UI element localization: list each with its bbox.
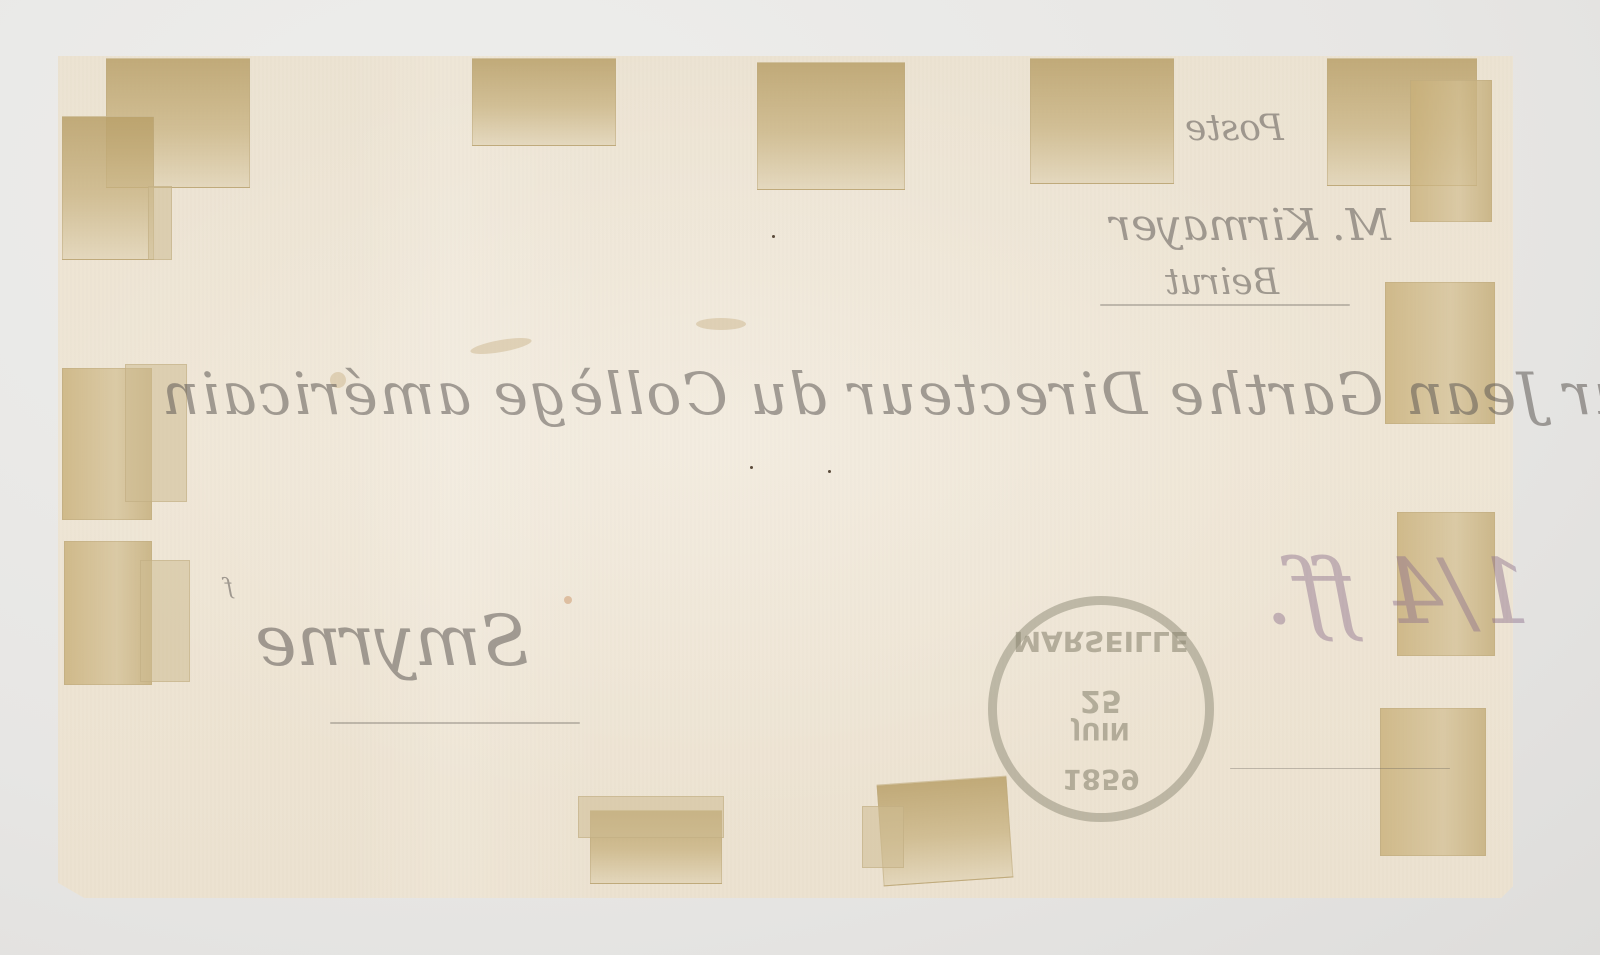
paper-fold-highlight: [348, 56, 608, 898]
speck: [772, 235, 775, 238]
postmark-day: 25: [997, 683, 1205, 718]
postmark-stamp: MARSEILLE 25 JUIN 1859: [988, 596, 1214, 822]
hinge-tape-top-right-corner: [1410, 80, 1492, 222]
city-underline: [330, 722, 580, 724]
city-line: Smyrne: [255, 600, 529, 682]
hinge-tape-right-3: [1380, 708, 1486, 856]
corner-note-3: Beirut: [1165, 262, 1279, 303]
postmark-month: JUIN: [997, 717, 1205, 745]
corner-note-2: M. Kirmayer: [1110, 200, 1391, 251]
margin-mark: f: [225, 575, 233, 600]
hinge-tape-top-2: [472, 58, 616, 146]
pencil-note: 1/4 ff.: [1265, 540, 1531, 645]
hinge-tape-top-left-edge: [148, 186, 172, 260]
hinge-tape-bottom-2b: [862, 806, 904, 868]
stain: [564, 596, 572, 604]
hinge-tape-bottom-1b: [578, 796, 724, 838]
corner-note-1: Poste: [1185, 108, 1284, 149]
stain: [696, 318, 746, 330]
postmark-place: MARSEILLE: [997, 625, 1205, 658]
pencil-rule: [1230, 768, 1450, 769]
hinge-tape-top-3: [757, 62, 905, 190]
postmark-year: 1859: [997, 763, 1205, 796]
corner-underline: [1100, 304, 1350, 306]
hinge-tape-top-left-corner: [62, 116, 154, 260]
speck: [750, 466, 753, 469]
recipient-address-line: Monsieur Jean Garthe Directeur du Collèg…: [160, 360, 1600, 428]
hinge-tape-left-2b: [140, 560, 190, 682]
hinge-tape-top-4: [1030, 58, 1174, 184]
speck: [828, 470, 831, 473]
hinge-tape-left-2: [64, 541, 152, 685]
